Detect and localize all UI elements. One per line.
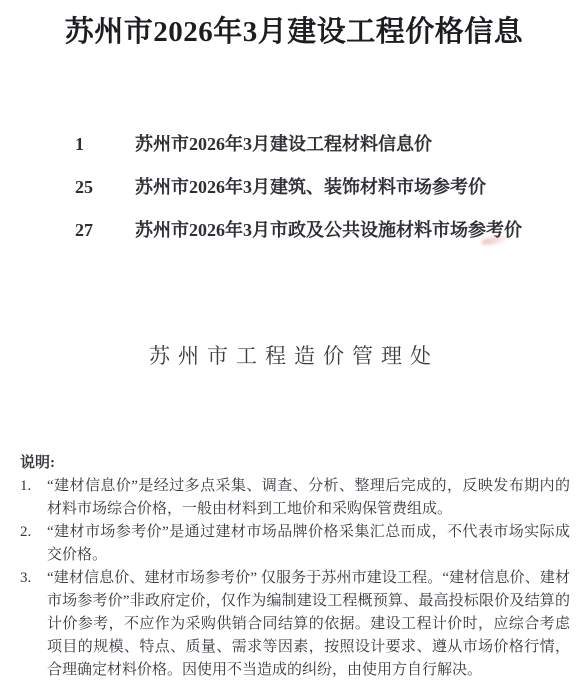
notes-heading: 说明: [20, 452, 570, 475]
note-number: 1. [20, 475, 47, 498]
note-text: “建材信息价、建材市场参考价” 仅服务于苏州市建设工程。“建材信息价、建材市场参… [47, 567, 570, 682]
toc-entry: 27 苏州市2026年3月市政及公共设施材料市场参考价 [75, 216, 558, 240]
note-item: 1. “建材信息价”是经过多点采集、调查、分析、整理后完成的，反映发布期内的材料… [20, 475, 570, 521]
toc-page-number: 25 [75, 177, 135, 198]
toc-entry-title: 苏州市2026年3月建筑、装饰材料市场参考价 [135, 173, 558, 199]
note-number: 2. [20, 521, 47, 544]
note-text: “建材信息价”是经过多点采集、调查、分析、整理后完成的，反映发布期内的材料市场综… [47, 475, 570, 521]
note-item: 3. “建材信息价、建材市场参考价” 仅服务于苏州市建设工程。“建材信息价、建材… [20, 567, 570, 682]
note-list: 1. “建材信息价”是经过多点采集、调查、分析、整理后完成的，反映发布期内的材料… [20, 475, 570, 682]
toc-entry: 25 苏州市2026年3月建筑、装饰材料市场参考价 [75, 173, 558, 197]
page-title: 苏州市2026年3月建设工程价格信息 [0, 9, 588, 50]
notes-section: 说明: 1. “建材信息价”是经过多点采集、调查、分析、整理后完成的，反映发布期… [20, 452, 570, 682]
toc-entry-title: 苏州市2026年3月建设工程材料信息价 [135, 130, 558, 156]
toc-page-number: 27 [75, 220, 135, 241]
note-item: 2. “建材市场参考价”是通过建材市场品牌价格采集汇总而成，不代表市场实际成交价… [20, 521, 570, 567]
note-number: 3. [20, 567, 47, 590]
document-page: 苏州市2026年3月建设工程价格信息 1 苏州市2026年3月建设工程材料信息价… [0, 0, 588, 697]
organization-name: 苏州市工程造价管理处 [0, 340, 588, 370]
toc-entry: 1 苏州市2026年3月建设工程材料信息价 [75, 130, 558, 154]
note-text: “建材市场参考价”是通过建材市场品牌价格采集汇总而成，不代表市场实际成交价格。 [47, 521, 570, 567]
toc-page-number: 1 [75, 134, 135, 155]
